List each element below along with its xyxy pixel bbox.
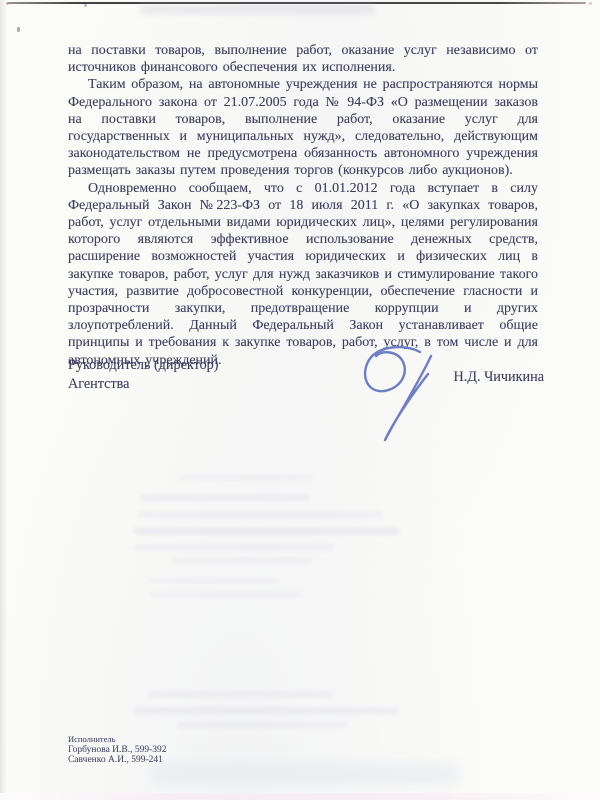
bleedthrough-mark — [148, 692, 333, 697]
letter-body: на поставки товаров, выполнение работ, о… — [68, 42, 538, 369]
bleedthrough-mark — [134, 708, 399, 714]
letter-paragraph: Таким образом, на автономные учреждения … — [68, 76, 538, 179]
bleedthrough-mark — [178, 722, 348, 727]
signer-role: Руководитель (директор) Агентства — [68, 356, 219, 394]
bleedthrough-mark — [134, 528, 399, 534]
executor-contact: Горбунова И.В., 599-392 — [68, 745, 167, 756]
letter-paragraph: на поставки товаров, выполнение работ, о… — [68, 42, 538, 76]
scan-edge-bottom — [0, 793, 600, 800]
bleedthrough-mark — [148, 578, 278, 583]
bleedthrough-mark — [172, 558, 312, 563]
letter-paragraph: Одновременно сообщаем, что с 01.01.2012 … — [68, 180, 538, 369]
scan-edge-top — [7, 2, 586, 4]
bleedthrough-mark — [138, 512, 383, 517]
scan-speck — [84, 4, 87, 7]
signer-name: Н.Д. Чичикина — [454, 364, 544, 387]
scan-speck — [17, 27, 20, 32]
signer-role-line: Агентства — [68, 375, 219, 394]
scanned-letter-page: на поставки товаров, выполнение работ, о… — [0, 0, 600, 800]
bleedthrough-mark — [140, 495, 310, 500]
executor-footer: Исполнитель Горбунова И.В., 599-392 Савч… — [68, 734, 167, 766]
bleedthrough-mark — [150, 592, 300, 597]
executor-label: Исполнитель — [68, 734, 167, 745]
signature-block: Руководитель (директор) Агентства Н.Д. Ч… — [68, 356, 544, 394]
scan-smudge — [150, 763, 460, 785]
scan-smudge — [140, 5, 375, 14]
scan-speck — [589, 2, 592, 5]
bleedthrough-mark — [178, 476, 313, 480]
signer-role-line: Руководитель (директор) — [68, 356, 219, 375]
executor-contact: Савченко А.И., 599-241 — [68, 755, 167, 766]
handwritten-signature — [330, 343, 460, 473]
scan-edge-left — [0, 0, 7, 800]
bleedthrough-mark — [134, 545, 334, 550]
